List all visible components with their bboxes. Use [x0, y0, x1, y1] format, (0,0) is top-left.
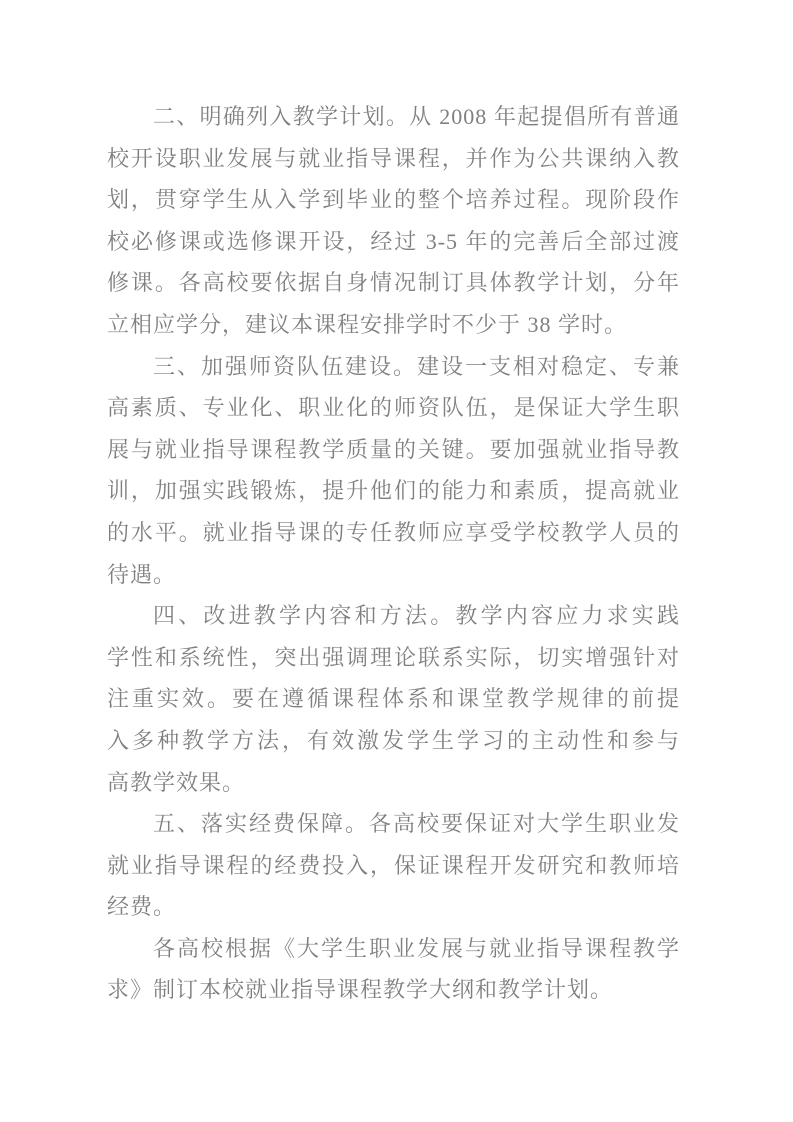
paragraph: 五、落实经费保障。各高校要保证对大学生职业发展与就业指导课程的经费投入，保证课程…: [107, 803, 680, 928]
text-line: 二、明确列入教学计划。从 2008 年起提倡所有普通高: [107, 96, 680, 138]
text-line: 立相应学分，建议本课程安排学时不少于 38 学时。: [107, 304, 680, 346]
paragraph: 四、改进教学内容和方法。教学内容应力求实践性、科学性和系统性，突出强调理论联系实…: [107, 595, 680, 803]
text-line: 四、改进教学内容和方法。教学内容应力求实践性、科: [107, 595, 680, 637]
text-line: 校开设职业发展与就业指导课程，并作为公共课纳入教学计: [107, 138, 680, 180]
text-line: 展与就业指导课程教学质量的关键。要加强就业指导教师培: [107, 429, 680, 471]
text-line: 经费。: [107, 886, 680, 928]
text-line: 待遇。: [107, 554, 680, 596]
text-line: 高教学效果。: [107, 762, 680, 804]
paragraph: 二、明确列入教学计划。从 2008 年起提倡所有普通高校开设职业发展与就业指导课…: [107, 96, 680, 346]
text-line: 五、落实经费保障。各高校要保证对大学生职业发展与: [107, 803, 680, 845]
text-line: 修课。各高校要依据自身情况制订具体教学计划，分年级设: [107, 262, 680, 304]
text-line: 三、加强师资队伍建设。建设一支相对稳定、专兼结合、: [107, 346, 680, 388]
text-line: 划，贯穿学生从入学到毕业的整个培养过程。现阶段作为高: [107, 179, 680, 221]
text-line: 学性和系统性，突出强调理论联系实际，切实增强针对性，: [107, 637, 680, 679]
text-line: 各高校根据《大学生职业发展与就业指导课程教学要: [107, 928, 680, 970]
text-line: 的水平。就业指导课的专任教师应享受学校教学人员的相应: [107, 512, 680, 554]
document-content: 二、明确列入教学计划。从 2008 年起提倡所有普通高校开设职业发展与就业指导课…: [107, 96, 680, 1011]
text-line: 入多种教学方法，有效激发学生学习的主动性和参与性，提: [107, 720, 680, 762]
text-line: 求》制订本校就业指导课程教学大纲和教学计划。: [107, 969, 680, 1011]
text-line: 注重实效。要在遵循课程体系和课堂教学规律的前提下，引: [107, 678, 680, 720]
text-line: 校必修课或选修课开设，经过 3-5 年的完善后全部过渡到必: [107, 221, 680, 263]
paragraph: 各高校根据《大学生职业发展与就业指导课程教学要求》制订本校就业指导课程教学大纲和…: [107, 928, 680, 1011]
text-line: 高素质、专业化、职业化的师资队伍，是保证大学生职业发: [107, 387, 680, 429]
text-line: 就业指导课程的经费投入，保证课程开发研究和教师培训的: [107, 845, 680, 887]
document-page: 二、明确列入教学计划。从 2008 年起提倡所有普通高校开设职业发展与就业指导课…: [0, 0, 793, 1122]
paragraph: 三、加强师资队伍建设。建设一支相对稳定、专兼结合、高素质、专业化、职业化的师资队…: [107, 346, 680, 596]
text-line: 训，加强实践锻炼，提升他们的能力和素质，提高就业指导: [107, 470, 680, 512]
